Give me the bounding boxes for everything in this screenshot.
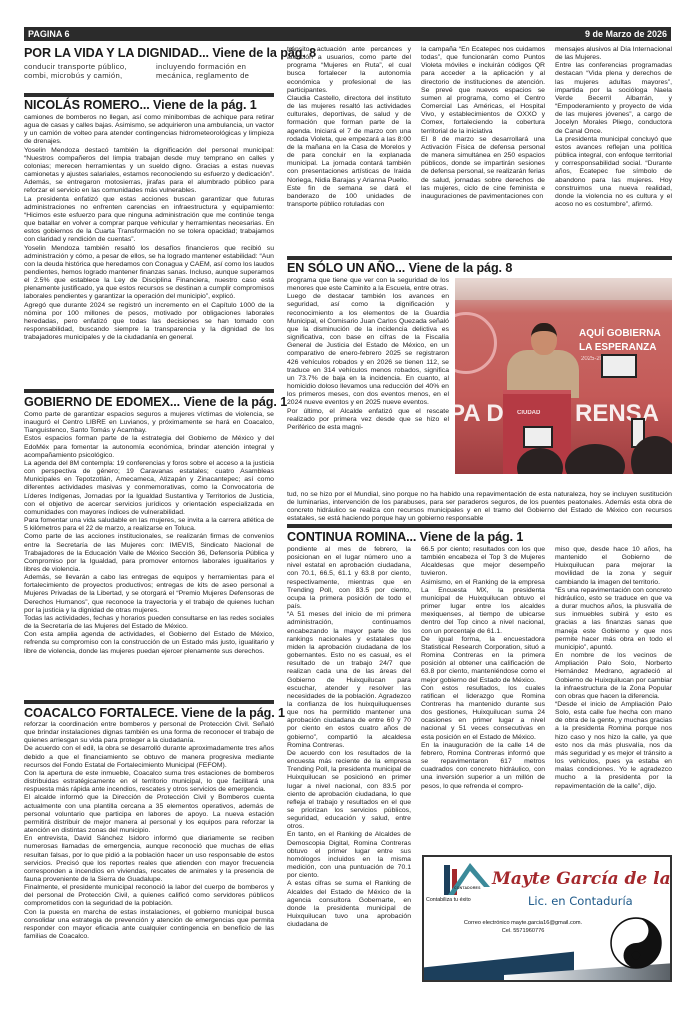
ad-email: Correo electrónico mayte.garcia16@gmail.… <box>438 920 608 928</box>
paragraph: Con la apertura de este inmueble, Coacal… <box>24 770 274 794</box>
headline-romina: CONTINUA ROMINA... Viene de la pág. 1 <box>287 530 523 544</box>
paragraph: mensajes alusivos al Día Internacional d… <box>555 46 672 62</box>
article-vida-dignidad-col3: tránsito, actuación ante percances y ate… <box>287 46 411 209</box>
paragraph: reforzar la coordinación entre bomberos … <box>24 721 274 745</box>
headline-nicolas-romero: NICOLÁS ROMERO... Viene de la pág. 1 <box>24 98 257 112</box>
press-conference-photo: AQUÍ GOBIERNA LA ESPERANZA 2025-2027 PA … <box>455 278 672 474</box>
paragraph: Agregó que durante 2024 se registró un i… <box>24 302 274 343</box>
paragraph: Yoselin Mendoza también resaltó los desa… <box>24 245 274 302</box>
speaker-head <box>531 323 557 355</box>
ad-contact: Correo electrónico mayte.garcia16@gmail.… <box>438 920 608 935</box>
article-vida-dignidad-col4: la campaña “En Ecatepec nos cuidamos tod… <box>421 46 545 201</box>
paragraph: En la inauguración de la calle 14 de feb… <box>421 742 545 791</box>
article-nicolas-romero: camiones de bomberos no llegan, así como… <box>24 114 274 342</box>
paragraph: De acuerdo con los resultados de la encu… <box>287 750 411 832</box>
article-text: conducir transporte público, combi, micr… <box>24 62 142 80</box>
ad-slogan: Contabiliza tu éxito <box>426 897 471 903</box>
headline-edomex: GOBIERNO DE EDOMEX... Viene de la pág. 1 <box>24 395 287 409</box>
ad-name: Mayte García de la Cruz <box>492 869 672 889</box>
paragraph: De igual forma, la encuestadora Statisti… <box>421 636 545 685</box>
podium-seal-text: CIUDAD <box>517 410 540 416</box>
paragraph: Por último, el Alcalde enfatizó que el r… <box>287 408 449 432</box>
paragraph: “Desde el inicio de Ampliación Palo Solo… <box>555 701 672 791</box>
yin-yang-icon <box>610 917 662 969</box>
article-vida-dignidad-intro: conducir transporte público, combi, micr… <box>24 62 274 80</box>
article-coacalco: reforzar la coordinación entre bomberos … <box>24 721 274 941</box>
paragraph: Este fin de semana se dará el banderazo … <box>287 185 411 209</box>
paragraph: Con la puesta en marcha de estas instala… <box>24 909 274 942</box>
ad-title: Lic. en Contaduría <box>528 894 633 908</box>
article-vida-dignidad-col5: mensajes alusivos al Día Internacional d… <box>555 46 672 209</box>
phone-recording <box>601 354 637 378</box>
section-divider <box>24 389 274 393</box>
paragraph: Todas las actividades, fechas y horarios… <box>24 615 274 631</box>
paragraph: miso que, desde hace 10 años, ha manteni… <box>555 546 672 587</box>
article-solo-un-ano-col: programa que tiene que ver con la seguri… <box>287 277 449 432</box>
headline-vida-dignidad: POR LA VIDA Y LA DIGNIDAD... Viene de la… <box>24 46 316 60</box>
phone-recording <box>523 426 553 448</box>
headline-solo-un-ano: EN SÓLO UN AÑO... Viene de la pág. 8 <box>287 261 512 275</box>
paragraph: Estos espacios forman parte de la estrat… <box>24 435 274 459</box>
paragraph: La presidenta enfatizó que estas accione… <box>24 196 274 245</box>
issue-date: 9 de Marzo de 2026 <box>585 29 667 39</box>
paragraph: Con esta amplia agenda de actividades, e… <box>24 631 274 655</box>
article-romina-col2: 66.5 por ciento; resultados con los que … <box>421 546 545 791</box>
section-divider <box>24 93 274 97</box>
accounting-advertisement: CONTADORES Mayte García de la Cruz Conta… <box>422 855 672 982</box>
paragraph: programa que tiene que ver con la seguri… <box>287 277 449 293</box>
paragraph: la campaña “En Ecatepec nos cuidamos tod… <box>421 46 545 136</box>
paragraph: De acuerdo con el edil, la obra se desar… <box>24 745 274 769</box>
paragraph: camiones de bomberos no llegan, así como… <box>24 114 274 147</box>
section-divider <box>287 256 672 260</box>
city-seal-logo <box>455 312 497 374</box>
article-solo-un-ano-full: tud, no se hizo por el Mundial, sino por… <box>287 491 672 524</box>
paragraph: Luego de destacar también los avances en… <box>287 293 449 407</box>
paragraph: Con estos resultados, los cuales ratific… <box>421 685 545 742</box>
paragraph: 66.5 por ciento; resultados con los que … <box>421 546 545 579</box>
paragraph: En nombre de los vecinos de Ampliación P… <box>555 652 672 701</box>
paragraph: Como parte de las acciones institucional… <box>24 533 274 574</box>
page-header-bar: PAGINA 6 9 de Marzo de 2026 <box>24 27 671 41</box>
paragraph: El alcalde informó que la Dirección de P… <box>24 794 274 835</box>
logo-label: CONTADORES <box>454 886 481 890</box>
headline-coacalco: COACALCO FORTALECE. Viene de la pág. 1 <box>24 706 285 720</box>
paragraph: Claudia Castello, directora del institut… <box>287 95 411 185</box>
paragraph: Entre las conferencias programadas desta… <box>555 62 672 135</box>
paragraph: Asimismo, en el Ranking de la empresa La… <box>421 579 545 636</box>
banner-text: AQUÍ GOBIERNA <box>579 328 661 339</box>
paragraph: “Es una repavimentación con concreto hid… <box>555 587 672 652</box>
paragraph: Para fomentar una vida saludable en las … <box>24 517 274 533</box>
paragraph: El 8 de marzo se desarrollará una Activa… <box>421 136 545 201</box>
paragraph: La presidenta municipal concluyó que est… <box>555 136 672 209</box>
banner-text: LA ESPERANZA <box>579 342 656 353</box>
section-divider <box>24 700 274 704</box>
section-divider <box>287 524 672 528</box>
photo-ceiling <box>455 278 672 300</box>
paragraph: Finalmente, el presidente municipal reco… <box>24 884 274 908</box>
article-edomex: Como parte de garantizar espacios seguro… <box>24 411 274 656</box>
article-romina-col3: miso que, desde hace 10 años, ha manteni… <box>555 546 672 791</box>
article-romina-col1: pondiente al mes de febrero, la posicion… <box>287 546 411 929</box>
banner-big-text: RENSA <box>575 400 659 428</box>
paragraph: En entrevista, David Sánchez Isidoro inf… <box>24 835 274 884</box>
paragraph: pondiente al mes de febrero, la posicion… <box>287 546 411 611</box>
paragraph: A estas cifras se suma el Ranking de Alc… <box>287 880 411 929</box>
page-number: PAGINA 6 <box>28 29 70 39</box>
paragraph: En tanto, en el Ranking de Alcaldes de D… <box>287 831 411 880</box>
paragraph: Yoselin Mendoza destacó también la digni… <box>24 147 274 196</box>
paragraph: Además, se llevarán a cabo las entregas … <box>24 574 274 615</box>
paragraph: “A 51 meses del inicio de mi primera adm… <box>287 611 411 750</box>
paragraph: Como parte de garantizar espacios seguro… <box>24 411 274 435</box>
article-text: incluyendo formación en mecánica, reglam… <box>156 62 274 80</box>
paragraph: tránsito, actuación ante percances y ate… <box>287 46 411 95</box>
paragraph: La agenda del 8M contempla: 19 conferenc… <box>24 460 274 517</box>
ad-phone: Cel. 5571960776 <box>438 928 608 936</box>
audience-head <box>565 444 625 474</box>
banner-big-text: PA D <box>455 400 504 428</box>
